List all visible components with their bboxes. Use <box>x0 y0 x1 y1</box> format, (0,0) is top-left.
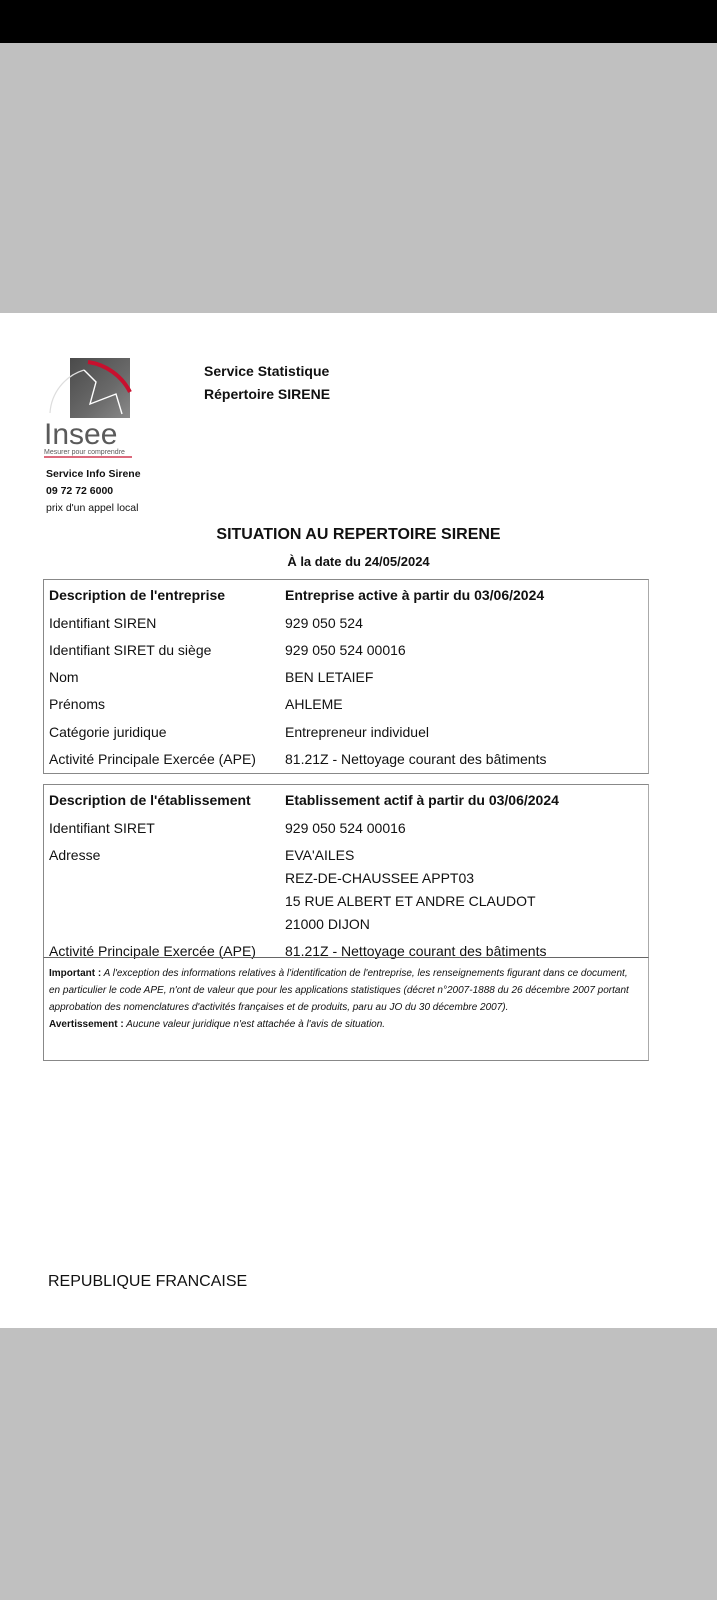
entreprise-section: Description de l'entreprise Entreprise a… <box>43 579 649 774</box>
entreprise-heading: Description de l'entreprise Entreprise a… <box>49 587 643 607</box>
document-page: Insee Mesurer pour comprendre Service St… <box>0 313 717 1328</box>
row-prenoms: Prénoms AHLEME <box>49 696 643 716</box>
svg-text:Mesurer pour comprendre: Mesurer pour comprendre <box>44 449 125 456</box>
service-line-2: Répertoire SIRENE <box>204 383 330 406</box>
document-title: SITUATION AU REPERTOIRE SIRENE <box>0 526 717 544</box>
row-nom: Nom BEN LETAIEF <box>49 669 643 689</box>
service-header: Service Statistique Répertoire SIRENE <box>204 360 330 406</box>
contact-block: Service Info Sirene 09 72 72 6000 prix d… <box>46 466 141 517</box>
address-line: 21000 DIJON <box>285 916 370 932</box>
warning-note: Avertissement : Aucune valeur juridique … <box>49 1016 640 1033</box>
contact-name: Service Info Sirene <box>46 466 141 483</box>
address-line: 15 RUE ALBERT ET ANDRE CLAUDOT <box>285 893 536 909</box>
row-categorie: Catégorie juridique Entrepreneur individ… <box>49 724 643 744</box>
footer-republique: REPUBLIQUE FRANCAISE <box>48 1273 247 1291</box>
important-note: Important : A l'exception des informatio… <box>49 965 640 1016</box>
contact-note: prix d'un appel local <box>46 500 141 517</box>
status-bar <box>0 0 717 43</box>
insee-logo: Insee Mesurer pour comprendre <box>44 358 136 460</box>
row-ape: Activité Principale Exercée (APE) 81.21Z… <box>49 751 643 771</box>
etablissement-section: Description de l'établissement Etablisse… <box>43 784 649 958</box>
svg-text:Insee: Insee <box>44 418 117 451</box>
etablissement-heading: Description de l'établissement Etablisse… <box>49 792 643 812</box>
address-line: REZ-DE-CHAUSSEE APPT03 <box>285 870 474 886</box>
row-siret: Identifiant SIRET 929 050 524 00016 <box>49 820 643 840</box>
row-siren: Identifiant SIREN 929 050 524 <box>49 615 643 635</box>
notes-section: Important : A l'exception des informatio… <box>43 957 649 1061</box>
contact-phone: 09 72 72 6000 <box>46 483 141 500</box>
address-line: EVA'AILES <box>285 847 354 863</box>
document-date: À la date du 24/05/2024 <box>0 554 717 569</box>
service-line-1: Service Statistique <box>204 360 330 383</box>
notes-text: Important : A l'exception des informatio… <box>49 965 640 1033</box>
row-siret-siege: Identifiant SIRET du siège 929 050 524 0… <box>49 642 643 662</box>
